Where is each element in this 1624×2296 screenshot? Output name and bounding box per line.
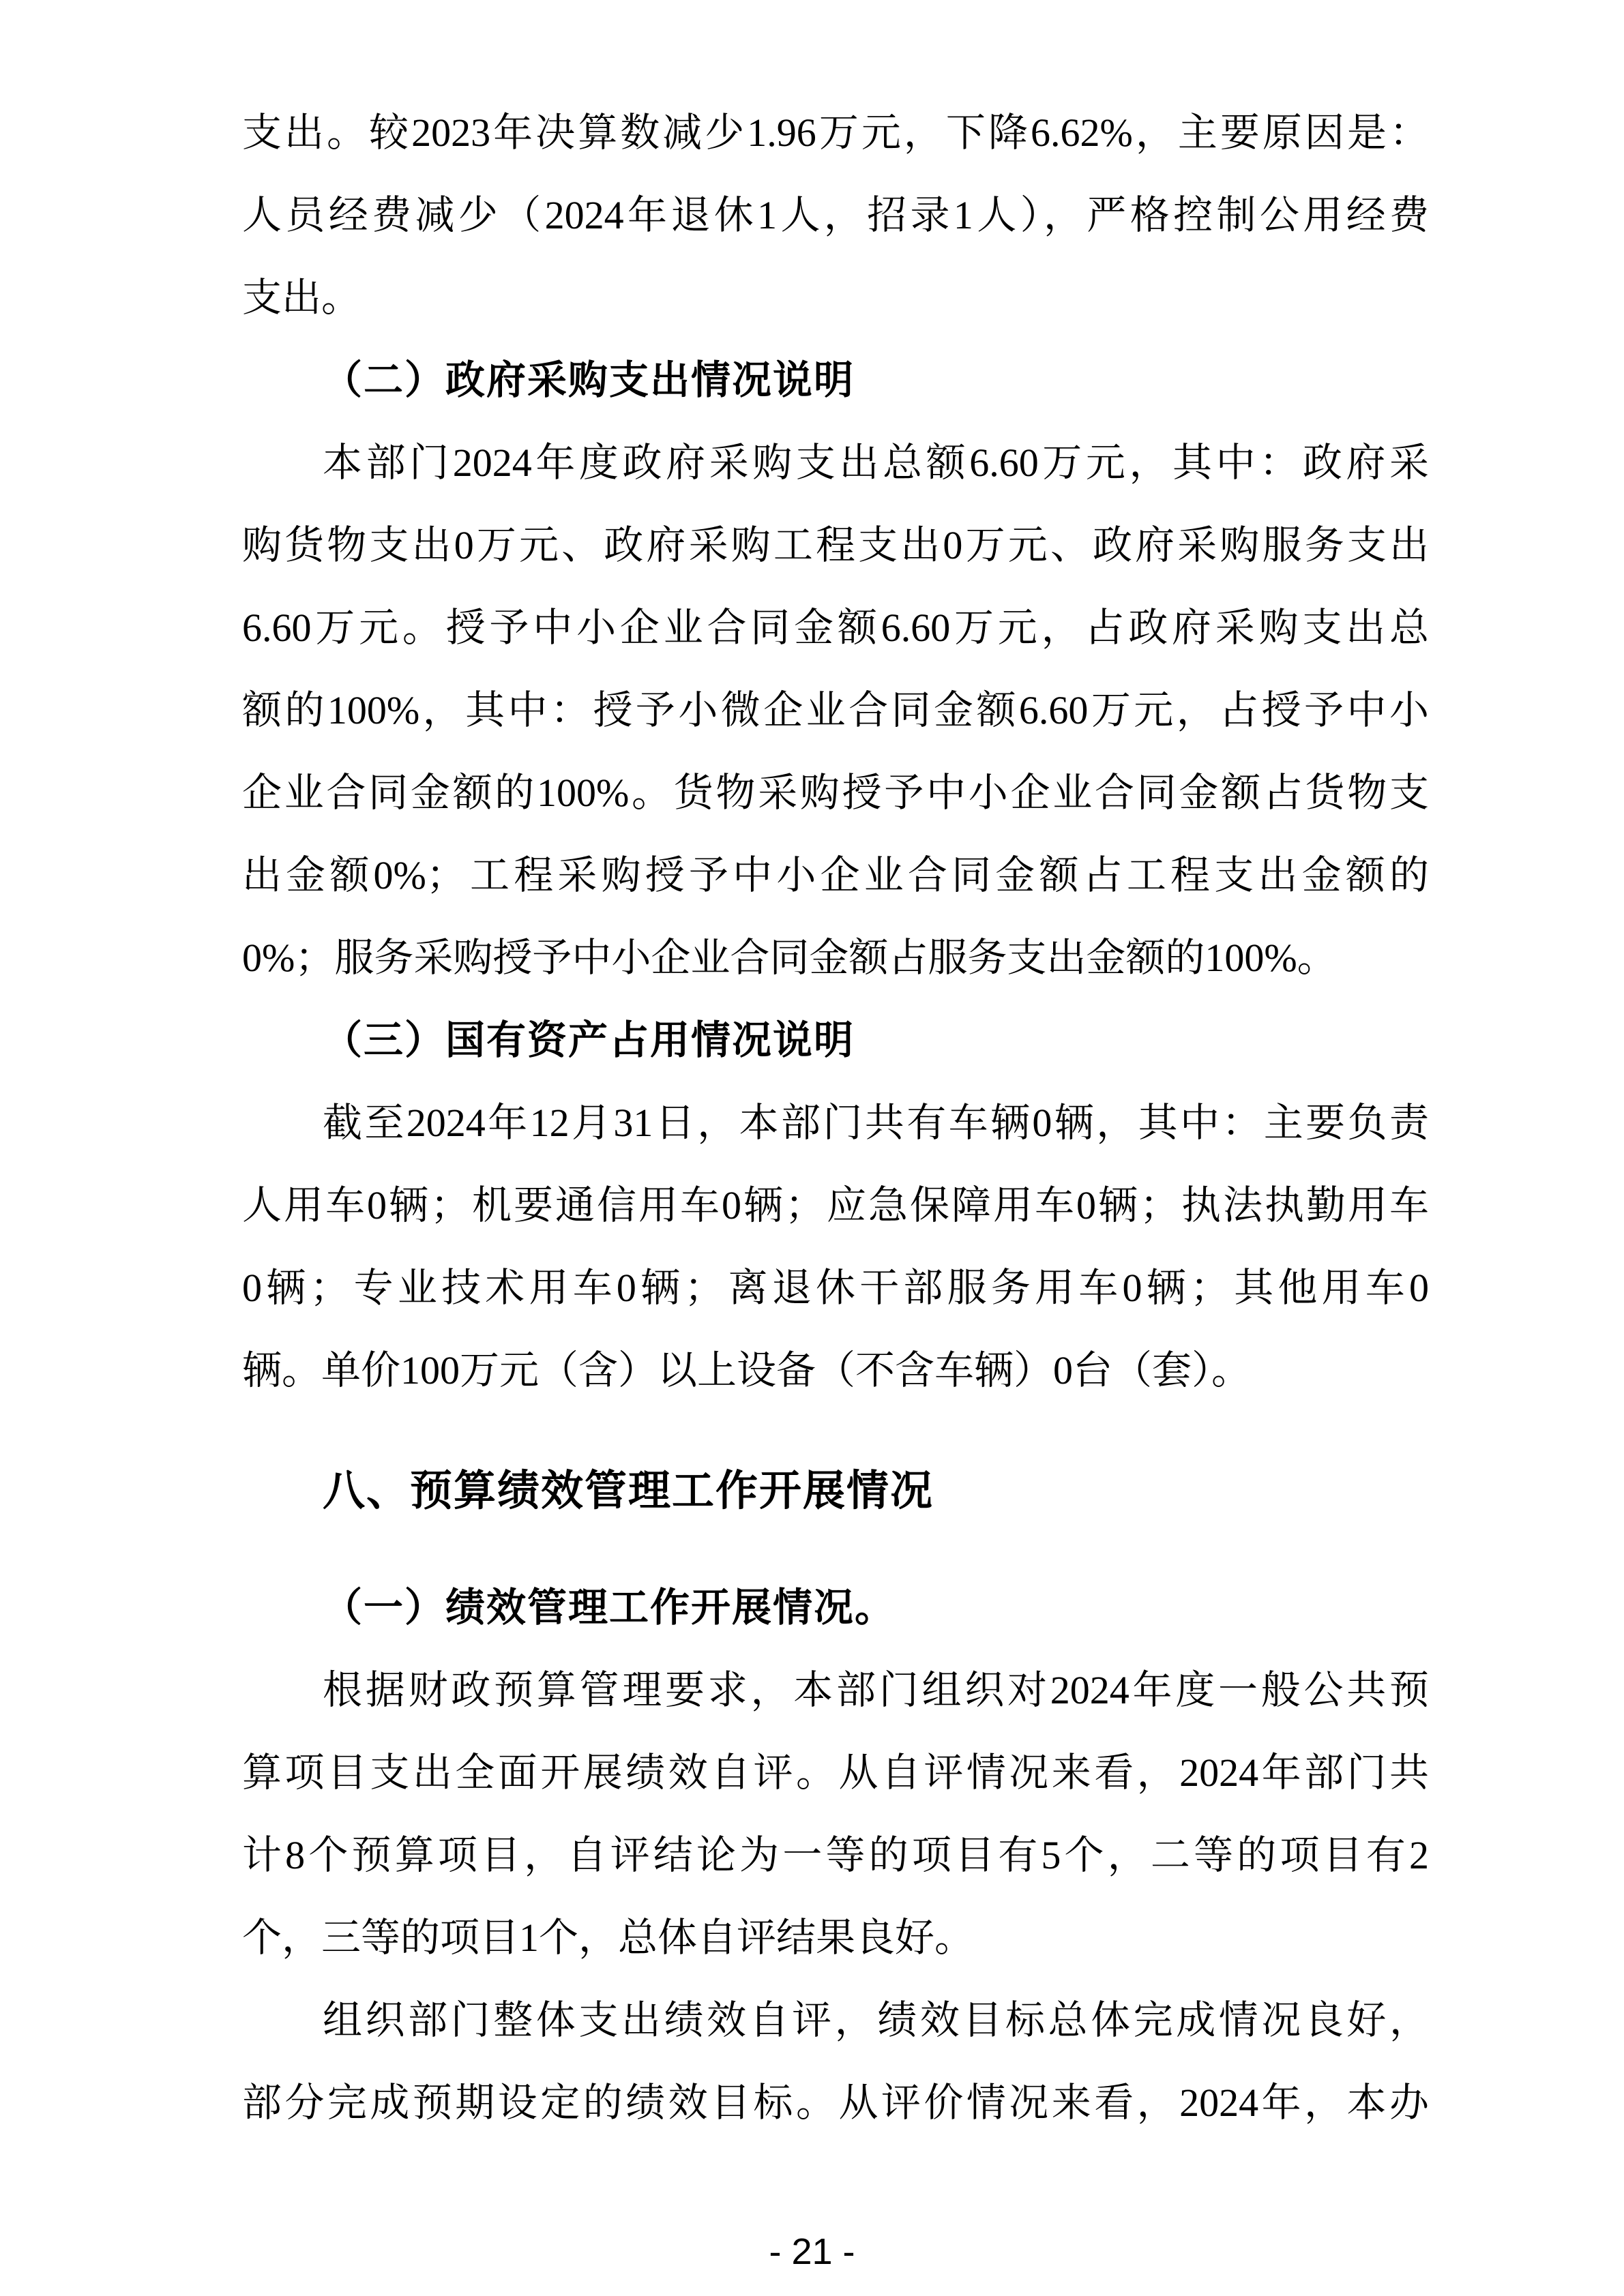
paragraph-overall-evaluation: 组织部门整体支出绩效自评，绩效目标总体完成情况良好， 部分完成预期设定的绩效目标…: [242, 1979, 1429, 2144]
body-line: 本部门2024年度政府采购支出总额6.60万元，其中：政府采: [242, 421, 1429, 504]
body-line: 6.60万元。授予中小企业合同金额6.60万元，占政府采购支出总: [242, 586, 1429, 669]
body-line: 计8个预算项目，自评结论为一等的项目有5个，二等的项目有2: [242, 1814, 1429, 1896]
body-line: 出金额0%；工程采购授予中小企业合同金额占工程支出金额的: [242, 834, 1429, 916]
body-line: 根据财政预算管理要求，本部门组织对2024年度一般公共预: [242, 1649, 1429, 1731]
subheading-gov-procurement: （二）政府采购支出情况说明: [242, 339, 1429, 421]
body-line: 支出。: [242, 256, 1429, 339]
body-line: 截至2024年12月31日，本部门共有车辆0辆，其中：主要负责: [242, 1082, 1429, 1164]
section-heading-performance: 八、预算绩效管理工作开展情况: [242, 1450, 1429, 1532]
body-line: 算项目支出全面开展绩效自评。从自评情况来看，2024年部门共: [242, 1731, 1429, 1814]
body-line: 部分完成预期设定的绩效目标。从评价情况来看，2024年，本办: [242, 2061, 1429, 2144]
body-line: 0辆；专业技术用车0辆；离退休干部服务用车0辆；其他用车0: [242, 1247, 1429, 1329]
body-line: 人员经费减少（2024年退休1人，招录1人），严格控制公用经费: [242, 174, 1429, 256]
body-line: 企业合同金额的100%。货物采购授予中小企业合同金额占货物支: [242, 751, 1429, 834]
paragraph-state-assets: 截至2024年12月31日，本部门共有车辆0辆，其中：主要负责 人用车0辆；机要…: [242, 1082, 1429, 1412]
body-line: 额的100%，其中：授予小微企业合同金额6.60万元，占授予中小: [242, 669, 1429, 751]
page-content: 支出。较2023年决算数减少1.96万元，下降6.62%，主要原因是： 人员经费…: [242, 91, 1429, 2144]
paragraph-self-evaluation: 根据财政预算管理要求，本部门组织对2024年度一般公共预 算项目支出全面开展绩效…: [242, 1649, 1429, 1979]
subheading-performance-work: （一）绩效管理工作开展情况。: [242, 1566, 1429, 1649]
paragraph-gov-procurement: 本部门2024年度政府采购支出总额6.60万元，其中：政府采 购货物支出0万元、…: [242, 421, 1429, 999]
body-line: 支出。较2023年决算数减少1.96万元，下降6.62%，主要原因是：: [242, 91, 1429, 174]
body-line: 辆。单价100万元（含）以上设备（不含车辆）0台（套）。: [242, 1329, 1429, 1412]
body-line: 组织部门整体支出绩效自评，绩效目标总体完成情况良好，: [242, 1979, 1429, 2061]
body-line: 购货物支出0万元、政府采购工程支出0万元、政府采购服务支出: [242, 504, 1429, 586]
subheading-state-assets: （三）国有资产占用情况说明: [242, 999, 1429, 1082]
document-page: 支出。较2023年决算数减少1.96万元，下降6.62%，主要原因是： 人员经费…: [0, 0, 1624, 2296]
page-number: - 21 -: [769, 2231, 855, 2272]
body-line: 0%；服务采购授予中小企业合同金额占服务支出金额的100%。: [242, 916, 1429, 999]
page-footer: - 21 -: [0, 2224, 1624, 2279]
paragraph-carryover: 支出。较2023年决算数减少1.96万元，下降6.62%，主要原因是： 人员经费…: [242, 91, 1429, 339]
body-line: 人用车0辆；机要通信用车0辆；应急保障用车0辆；执法执勤用车: [242, 1164, 1429, 1247]
body-line: 个，三等的项目1个，总体自评结果良好。: [242, 1896, 1429, 1979]
